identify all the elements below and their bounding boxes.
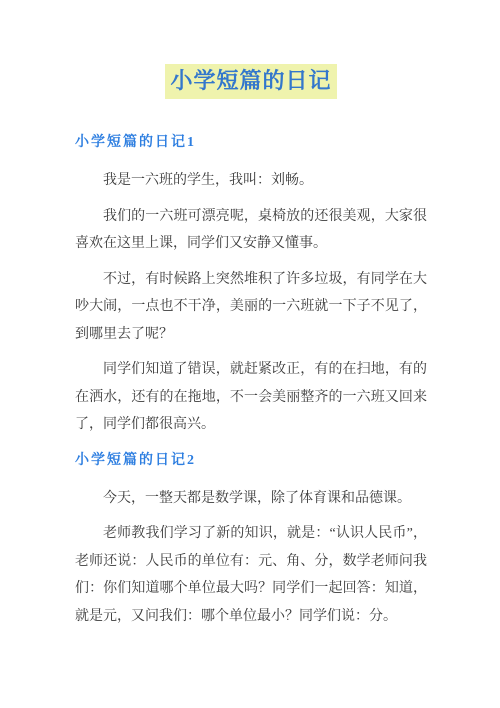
- section-2-paragraph-2: 老师教我们学习了新的知识，就是：“认识人民币”，老师还说：人民币的单位有：元、角…: [75, 520, 427, 630]
- section-1-paragraph-3: 不过，有时候路上突然堆积了许多垃圾，有同学在大吵大闹，一点也不干净，美丽的一六班…: [75, 266, 427, 349]
- section-1-paragraph-1: 我是一六班的学生，我叫：刘畅。: [75, 167, 427, 195]
- section-2-paragraph-1: 今天，一整天都是数学课，除了体育课和品德课。: [75, 485, 427, 513]
- section-1-paragraph-4: 同学们知道了错误，就赶紧改正，有的在扫地，有的在洒水，还有的在拖地，不一会美丽整…: [75, 356, 427, 439]
- section-1-heading: 小学短篇的日记1: [75, 135, 427, 151]
- document-content: 小学短篇的日记 小学短篇的日记1 我是一六班的学生，我叫：刘畅。 我们的一六班可…: [0, 0, 500, 630]
- document-page: 小学短篇的日记 小学短篇的日记1 我是一六班的学生，我叫：刘畅。 我们的一六班可…: [0, 0, 500, 708]
- document-title-row: 小学短篇的日记: [75, 64, 427, 99]
- section-diary-2: 小学短篇的日记2 今天，一整天都是数学课，除了体育课和品德课。 老师教我们学习了…: [75, 453, 427, 631]
- section-2-heading: 小学短篇的日记2: [75, 453, 427, 469]
- section-diary-1: 小学短篇的日记1 我是一六班的学生，我叫：刘畅。 我们的一六班可漂亮呢，桌椅放的…: [75, 135, 427, 439]
- document-title: 小学短篇的日记: [165, 64, 336, 99]
- section-1-paragraph-2: 我们的一六班可漂亮呢，桌椅放的还很美观，大家很喜欢在这里上课，同学们又安静又懂事…: [75, 203, 427, 258]
